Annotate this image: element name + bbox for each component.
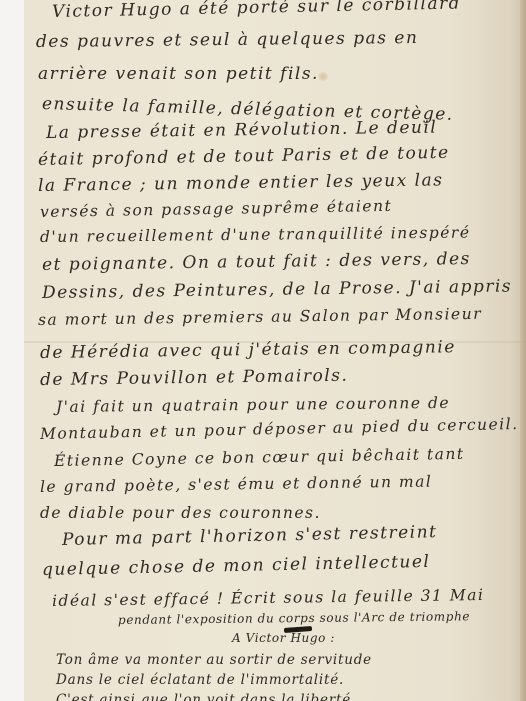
poem-line: Dans le ciel éclatant de l'immortalité. — [56, 672, 344, 688]
manuscript-line: des pauvres et seul à quelques pas en — [36, 28, 419, 52]
poem-line: C'est ainsi que l'on voit dans la libert… — [56, 692, 351, 701]
manuscript-line: de diable pour des couronnes. — [40, 504, 321, 522]
poem-line: Ton âme va monter au sortir de servitude — [56, 652, 372, 668]
scan-left-margin — [0, 0, 24, 701]
manuscript-line: arrière venait son petit fils. — [38, 64, 319, 84]
manuscript-dedication: A Victor Hugo : — [232, 631, 335, 645]
page-right-edge — [520, 0, 526, 701]
ink-stain — [318, 72, 328, 81]
